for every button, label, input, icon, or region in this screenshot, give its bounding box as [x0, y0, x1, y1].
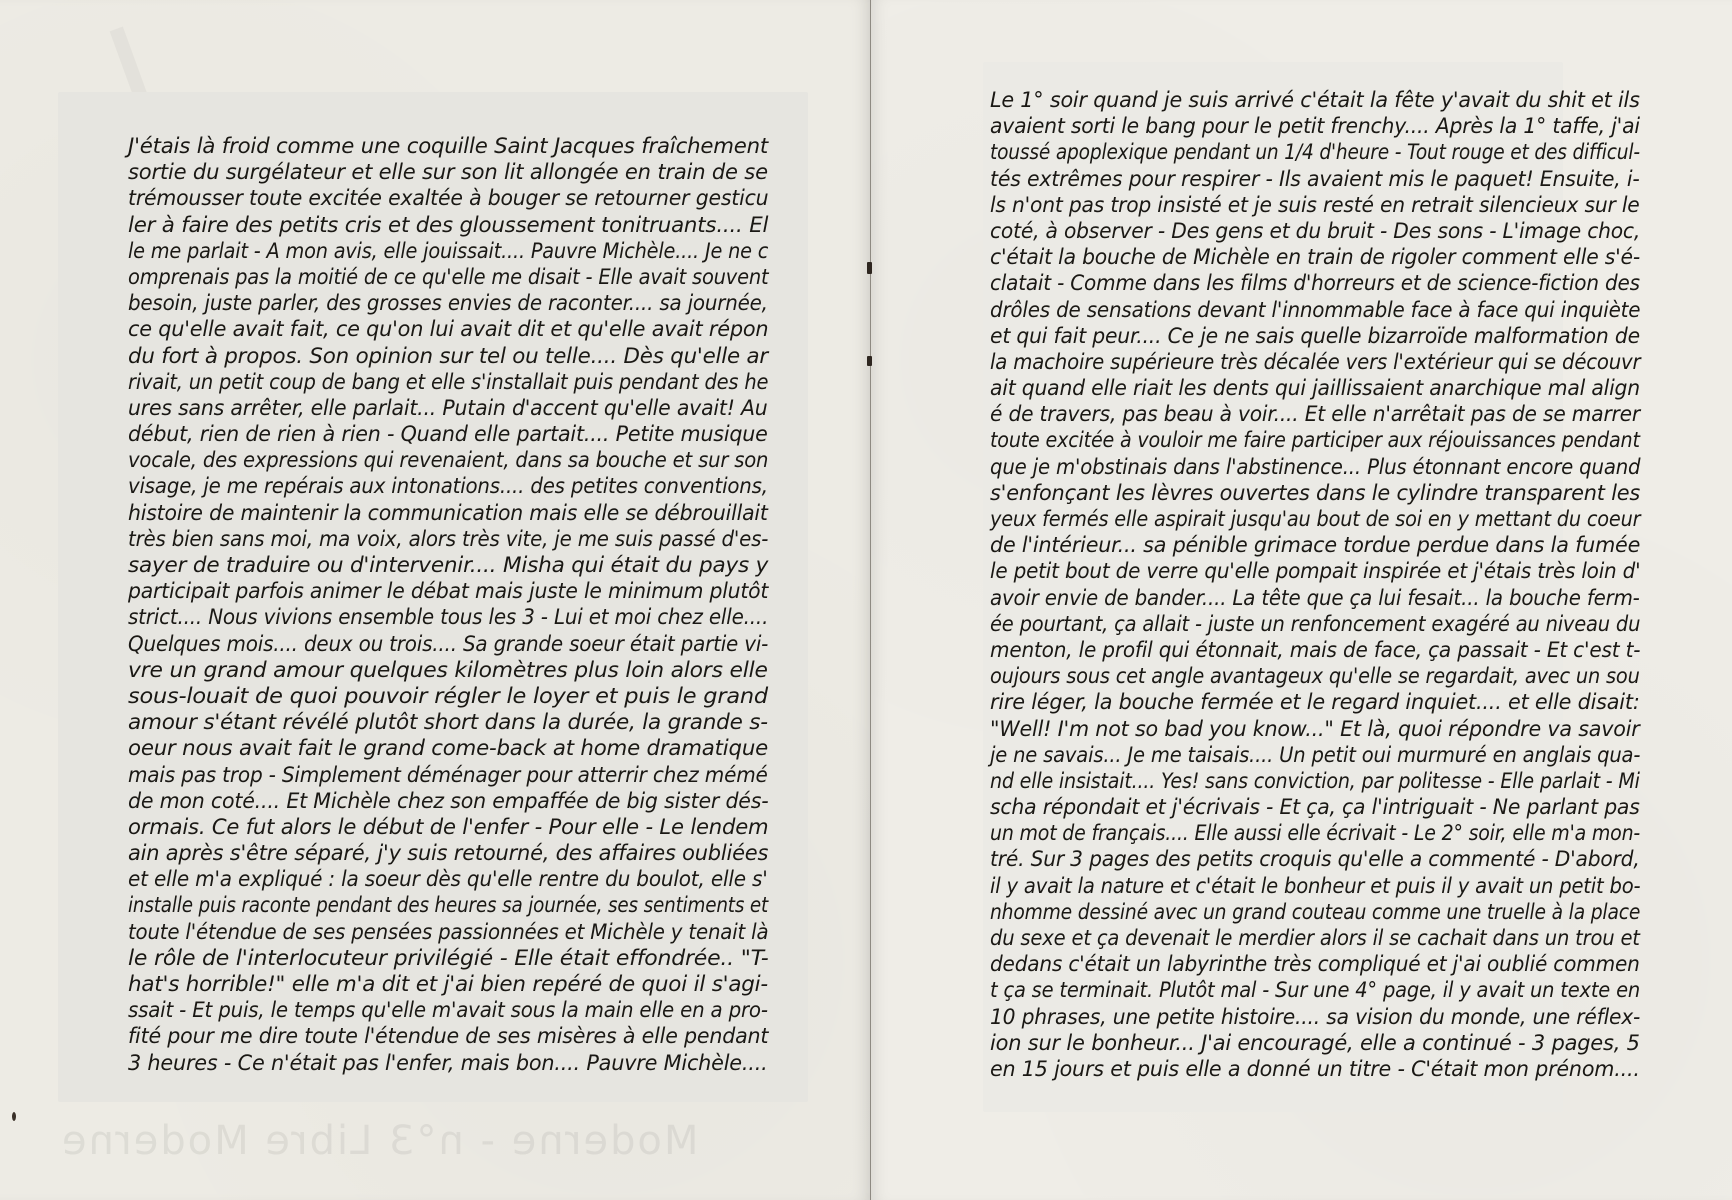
handwritten-line: coté, à observer - Des gens et du bruit …: [990, 219, 1604, 245]
staple-bottom: [867, 356, 872, 366]
handwritten-line: J'étais là froid comme une coquille Sain…: [128, 134, 764, 160]
handwritten-line: toute l'étendue de ses pensées passionné…: [128, 920, 719, 946]
handwritten-line: clatait - Comme dans les films d'horreur…: [990, 271, 1597, 297]
handwritten-line: début, rien de rien à rien - Quand elle …: [128, 422, 745, 448]
handwritten-line: et qui fait peur.... Ce je ne sais quell…: [990, 324, 1608, 350]
handwritten-line: Quelques mois.... deux ou trois.... Sa g…: [128, 632, 723, 658]
handwritten-line: de l'intérieur... sa pénible grimace tor…: [990, 533, 1619, 559]
handwritten-line: très bien sans moi, ma voix, alors très …: [128, 527, 720, 553]
handwritten-line: vocale, des expressions qui revenaient, …: [128, 448, 714, 474]
handwritten-line: oujours sous cet angle avantageux qu'ell…: [990, 664, 1578, 690]
handwritten-line: la machoire supérieure très décalée vers…: [990, 350, 1588, 376]
handwritten-line: Le 1° soir quand je suis arrivé c'était …: [990, 88, 1620, 114]
handwritten-line: amour s'étant révélé plutôt short dans l…: [128, 710, 771, 736]
handwritten-line: ée pourtant, ça allait - juste un renfon…: [990, 612, 1581, 638]
handwritten-line: fité pour me dire toute l'étendue de ses…: [128, 1024, 744, 1050]
handwritten-line: tré. Sur 3 pages des petits croquis qu'e…: [990, 847, 1604, 873]
handwritten-line: le rôle de l'interlocuteur privilégié - …: [128, 946, 785, 972]
handwritten-line: je ne savais... Je me taisais.... Un pet…: [990, 743, 1583, 769]
handwritten-line: nhomme dessiné avec un grand couteau com…: [990, 900, 1558, 926]
handwritten-line: ures sans arrêter, elle parlait... Putai…: [128, 396, 739, 422]
handwritten-line: hat's horrible!" elle m'a dit et j'ai bi…: [128, 972, 769, 998]
handwritten-line: un mot de français.... Elle aussi elle é…: [990, 821, 1566, 847]
handwritten-line: rire léger, la bouche fermée et le regar…: [990, 690, 1621, 716]
handwritten-line: avaient sorti le bang pour le petit fren…: [990, 114, 1608, 140]
handwritten-line: toussé apoplexique pendant un 1/4 d'heur…: [990, 140, 1554, 166]
handwritten-line: histoire de maintenir la communication m…: [128, 501, 738, 527]
handwritten-line: de mon coté.... Et Michèle chez son empa…: [128, 789, 742, 815]
handwritten-line: ler à faire des petits cris et des glous…: [128, 213, 766, 239]
show-through-footer: Moderne - n°3 Libre Moderne: [60, 1118, 698, 1164]
handwritten-line: et elle m'a expliqué : la soeur dès qu'e…: [128, 867, 727, 893]
handwritten-line: "Well! I'm not so bad you know..." Et là…: [990, 717, 1618, 743]
right-page-text: Le 1° soir quand je suis arrivé c'était …: [990, 88, 1640, 1083]
handwritten-line: omprenais pas la moitié de ce qu'elle me…: [128, 265, 709, 291]
left-page-text: J'étais là froid comme une coquille Sain…: [128, 134, 768, 1077]
handwritten-line: s'enfonçant les lèvres ouvertes dans le …: [990, 481, 1623, 507]
handwritten-line: ait quand elle riait les dents qui jaill…: [990, 376, 1608, 402]
handwritten-line: nd elle insistait.... Yes! sans convicti…: [990, 769, 1569, 795]
handwritten-line: scha répondait et j'écrivais - Et ça, ça…: [990, 795, 1609, 821]
handwritten-line: ain après s'être séparé, j'y suis retour…: [128, 841, 754, 867]
handwritten-line: é de travers, pas beau à voir.... Et ell…: [990, 402, 1603, 428]
handwritten-line: 3 heures - Ce n'était pas l'enfer, mais …: [128, 1051, 750, 1077]
handwritten-line: ls n'ont pas trop insisté et je suis res…: [990, 193, 1605, 219]
handwritten-line: sayer de traduire ou d'intervenir.... Mi…: [128, 553, 772, 579]
handwritten-line: il y avait la nature et c'était le bonhe…: [990, 874, 1583, 900]
handwritten-line: avoir envie de bander.... La tête que ça…: [990, 586, 1592, 612]
handwritten-line: dedans c'était un labyrinthe très compli…: [990, 952, 1600, 978]
handwritten-line: du fort à propos. Son opinion sur tel ou…: [128, 344, 767, 370]
handwritten-line: sortie du surgélateur et elle sur son li…: [128, 160, 758, 186]
handwritten-line: que je m'obstinais dans l'abstinence... …: [990, 455, 1589, 481]
staple-top: [867, 262, 872, 274]
ink-speck: [12, 1112, 16, 1121]
handwritten-line: ormais. Ce fut alors le début de l'enfer…: [128, 815, 760, 841]
handwritten-line: visage, je me repérais aux intonations..…: [128, 474, 719, 500]
handwritten-line: mais pas trop - Simplement déménager pou…: [128, 763, 727, 789]
handwritten-line: installe puis raconte pendant des heures…: [128, 893, 677, 919]
handwritten-line: en 15 jours et puis elle a donné un titr…: [990, 1057, 1618, 1083]
handwritten-line: vre un grand amour quelques kilomètres p…: [128, 658, 781, 684]
handwritten-line: ce qu'elle avait fait, ce qu'on lui avai…: [128, 317, 750, 343]
handwritten-line: besoin, juste parler, des grosses envies…: [128, 291, 722, 317]
handwritten-line: le me parlait - A mon avis, elle jouissa…: [128, 239, 705, 265]
handwritten-line: rivait, un petit coup de bang et elle s'…: [128, 370, 710, 396]
handwritten-line: du sexe et ça devenait le merdier alors …: [990, 926, 1583, 952]
show-through-mark: [110, 13, 185, 97]
handwritten-line: 10 phrases, une petite histoire.... sa v…: [990, 1005, 1605, 1031]
handwritten-line: strict.... Nous vivions ensemble tous le…: [128, 605, 723, 631]
handwritten-line: drôles de sensations devant l'innommable…: [990, 298, 1594, 324]
handwritten-line: participait parfois animer le débat mais…: [128, 579, 737, 605]
handwritten-line: ssait - Et puis, le temps qu'elle m'avai…: [128, 998, 720, 1024]
handwritten-line: le petit bout de verre qu'elle pompait i…: [990, 559, 1596, 585]
handwritten-line: yeux fermés elle aspirait jusqu'au bout …: [990, 507, 1576, 533]
handwritten-line: ion sur le bonheur... J'ai encouragé, el…: [990, 1031, 1626, 1057]
handwritten-line: t ça se terminait. Plutôt mal - Sur une …: [990, 978, 1581, 1004]
handwritten-line: c'était la bouche de Michèle en train de…: [990, 245, 1607, 271]
handwritten-line: tés extrêmes pour respirer - Ils avaient…: [990, 167, 1611, 193]
handwritten-line: oeur nous avait fait le grand come-back …: [128, 736, 765, 762]
handwritten-line: sous-louait de quoi pouvoir régler le lo…: [128, 684, 799, 710]
handwritten-line: toute excitée à vouloir me faire partici…: [990, 428, 1570, 454]
handwritten-line: trémousser toute excitée exaltée à bouge…: [128, 186, 739, 212]
handwritten-line: menton, le profil qui étonnait, mais de …: [990, 638, 1599, 664]
